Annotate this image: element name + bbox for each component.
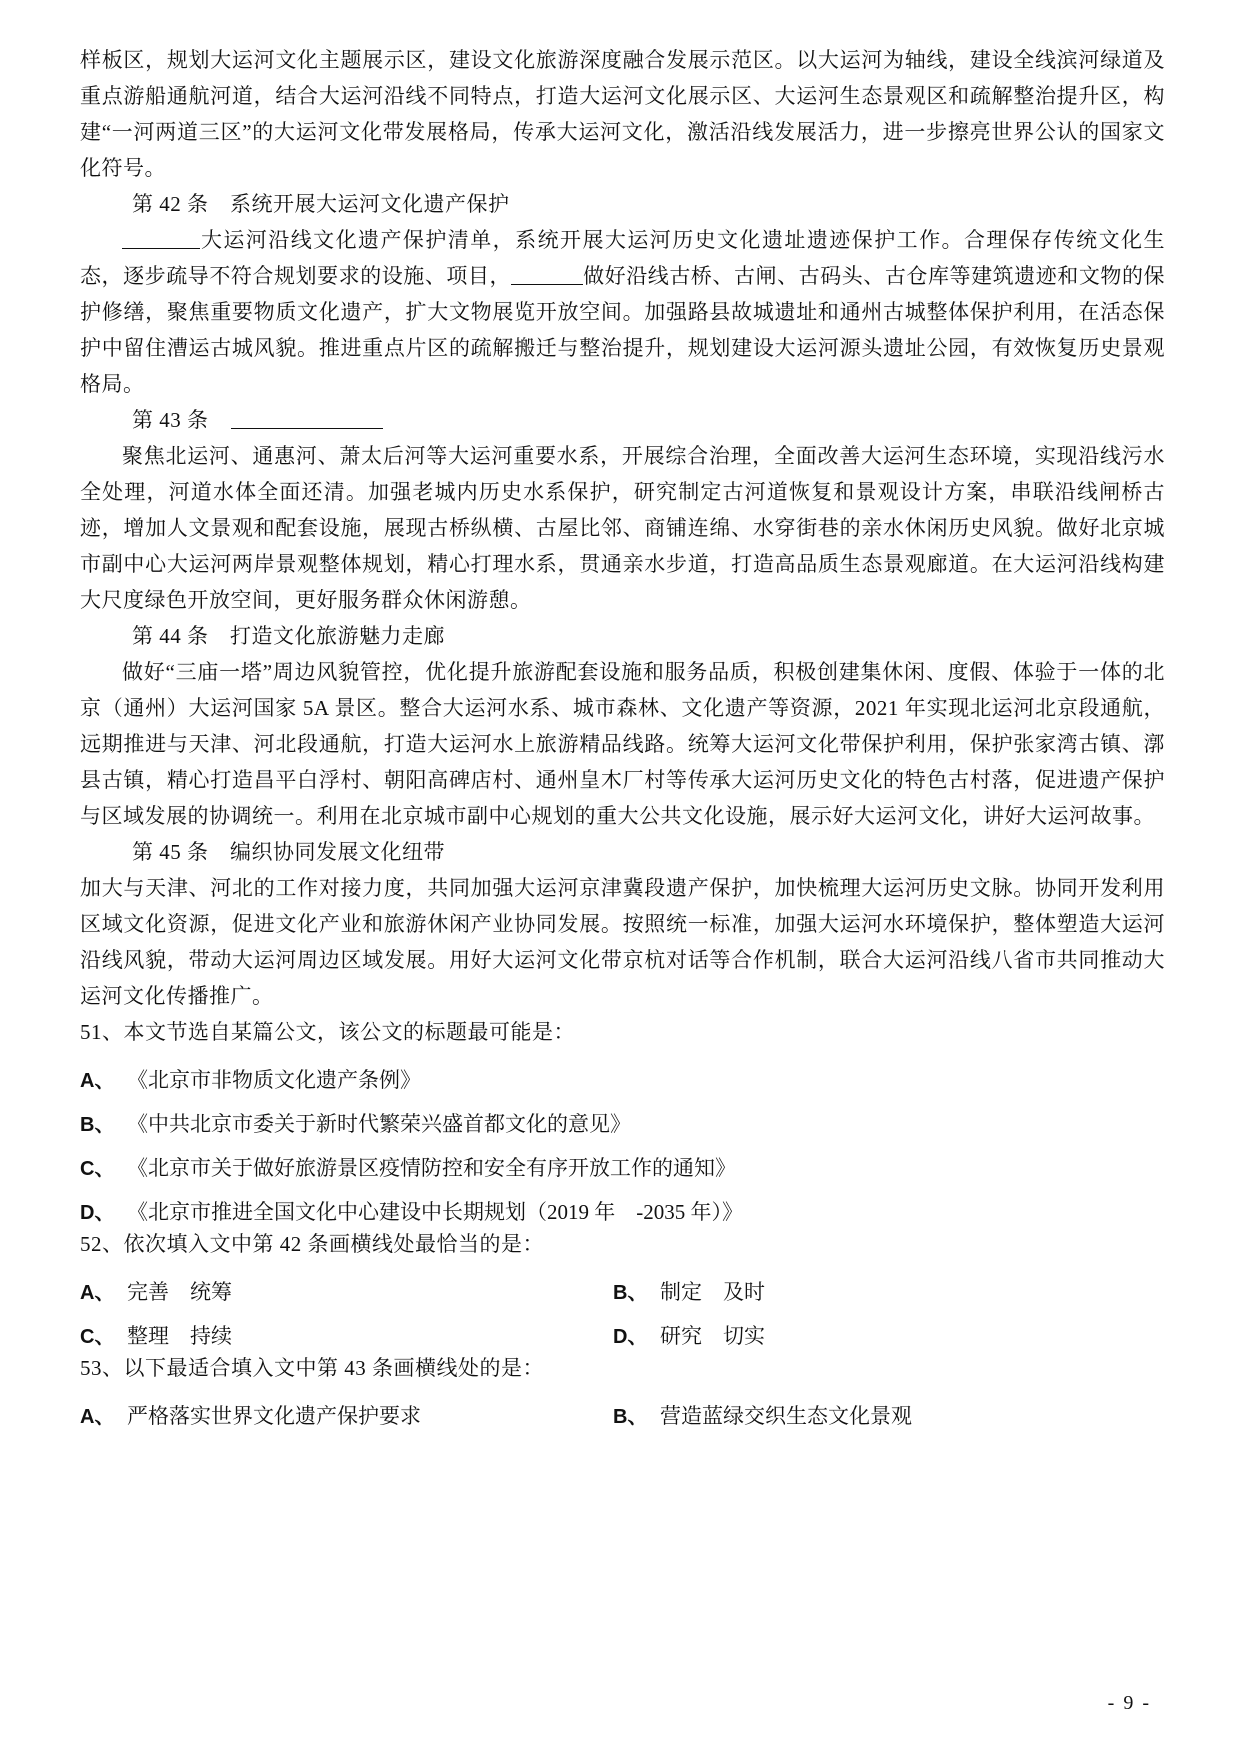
question-51-option-c: C、 《北京市关于做好旅游景区疫情防控和安全有序开放工作的通知》	[80, 1152, 736, 1182]
option-label: C、	[80, 1320, 127, 1349]
article-43-heading-prefix: 第 43 条	[132, 408, 209, 432]
article-43-heading: 第 43 条	[80, 402, 1165, 438]
article-42-heading: 第 42 条 系统开展大运河文化遗产保护	[80, 186, 1165, 222]
article-44-paragraph: 做好“三庙一塔”周边风貌管控，优化提升旅游配套设施和服务品质，积极创建集休闲、度…	[80, 654, 1165, 834]
option-text: 《中共北京市委关于新时代繁荣兴盛首都文化的意见》	[127, 1108, 631, 1138]
option-text: 研究 切实	[660, 1320, 765, 1350]
option-text: 《北京市推进全国文化中心建设中长期规划（2019 年 -2035 年）》	[127, 1196, 743, 1226]
fill-in-blank-1	[122, 244, 200, 249]
option-label: B、	[613, 1400, 660, 1429]
question-52-option-c: C、 整理 持续	[80, 1320, 613, 1350]
question-51-option-d: D、 《北京市推进全国文化中心建设中长期规划（2019 年 -2035 年）》	[80, 1196, 743, 1226]
question-51-option-a-row: A、 《北京市非物质文化遗产条例》	[80, 1064, 1165, 1094]
option-label: D、	[80, 1196, 127, 1225]
page-content: 样板区，规划大运河文化主题展示区，建设文化旅游深度融合发展示范区。以大运河为轴线…	[80, 42, 1165, 1430]
question-53-option-b: B、 营造蓝绿交织生态文化景观	[613, 1400, 1165, 1430]
question-52-stem: 52、依次填入文中第 42 条画横线处最恰当的是：	[80, 1226, 1165, 1262]
option-label: D、	[613, 1320, 660, 1349]
article-43-title-blank	[231, 424, 383, 429]
article-44-heading: 第 44 条 打造文化旅游魅力走廊	[80, 618, 1165, 654]
question-52-options-ab: A、 完善 统筹 B、 制定 及时	[80, 1276, 1165, 1306]
question-51-option-b-row: B、 《中共北京市委关于新时代繁荣兴盛首都文化的意见》	[80, 1108, 1165, 1138]
question-51-stem: 51、本文节选自某篇公文，该公文的标题最可能是：	[80, 1014, 1165, 1050]
question-52-option-d: D、 研究 切实	[613, 1320, 1165, 1350]
option-label: A、	[80, 1064, 127, 1093]
option-label: C、	[80, 1152, 127, 1181]
question-53-option-a: A、 严格落实世界文化遗产保护要求	[80, 1400, 613, 1430]
question-53-stem: 53、以下最适合填入文中第 43 条画横线处的是：	[80, 1350, 1165, 1386]
option-label: B、	[80, 1108, 127, 1137]
passage-continuation-paragraph: 样板区，规划大运河文化主题展示区，建设文化旅游深度融合发展示范区。以大运河为轴线…	[80, 42, 1165, 186]
option-text: 《北京市非物质文化遗产条例》	[127, 1064, 421, 1094]
page-number: - 9 -	[1108, 1692, 1151, 1715]
option-label: A、	[80, 1276, 127, 1305]
question-51-option-b: B、 《中共北京市委关于新时代繁荣兴盛首都文化的意见》	[80, 1108, 631, 1138]
question-52-options-cd: C、 整理 持续 D、 研究 切实	[80, 1320, 1165, 1350]
article-45-paragraph: 加大与天津、河北的工作对接力度，共同加强大运河京津冀段遗产保护，加快梳理大运河历…	[80, 870, 1165, 1014]
option-text: 《北京市关于做好旅游景区疫情防控和安全有序开放工作的通知》	[127, 1152, 736, 1182]
article-45-heading: 第 45 条 编织协同发展文化纽带	[80, 834, 1165, 870]
question-52-option-b: B、 制定 及时	[613, 1276, 1165, 1306]
option-label: B、	[613, 1276, 660, 1305]
option-text: 严格落实世界文化遗产保护要求	[127, 1400, 421, 1430]
option-text: 营造蓝绿交织生态文化景观	[660, 1400, 912, 1430]
question-52-option-a: A、 完善 统筹	[80, 1276, 613, 1306]
option-label: A、	[80, 1400, 127, 1429]
option-text: 完善 统筹	[127, 1276, 232, 1306]
fill-in-blank-2	[511, 280, 583, 285]
question-53-options-ab: A、 严格落实世界文化遗产保护要求 B、 营造蓝绿交织生态文化景观	[80, 1400, 1165, 1430]
document-page: 样板区，规划大运河文化主题展示区，建设文化旅游深度融合发展示范区。以大运河为轴线…	[0, 0, 1241, 1754]
question-51-option-a: A、 《北京市非物质文化遗产条例》	[80, 1064, 421, 1094]
option-text: 整理 持续	[127, 1320, 232, 1350]
question-51-option-d-row: D、 《北京市推进全国文化中心建设中长期规划（2019 年 -2035 年）》	[80, 1196, 1165, 1226]
article-42-paragraph: 大运河沿线文化遗产保护清单，系统开展大运河历史文化遗址遗迹保护工作。合理保存传统…	[80, 222, 1165, 402]
question-51-option-c-row: C、 《北京市关于做好旅游景区疫情防控和安全有序开放工作的通知》	[80, 1152, 1165, 1182]
article-43-paragraph: 聚焦北运河、通惠河、萧太后河等大运河重要水系，开展综合治理，全面改善大运河生态环…	[80, 438, 1165, 618]
option-text: 制定 及时	[660, 1276, 765, 1306]
